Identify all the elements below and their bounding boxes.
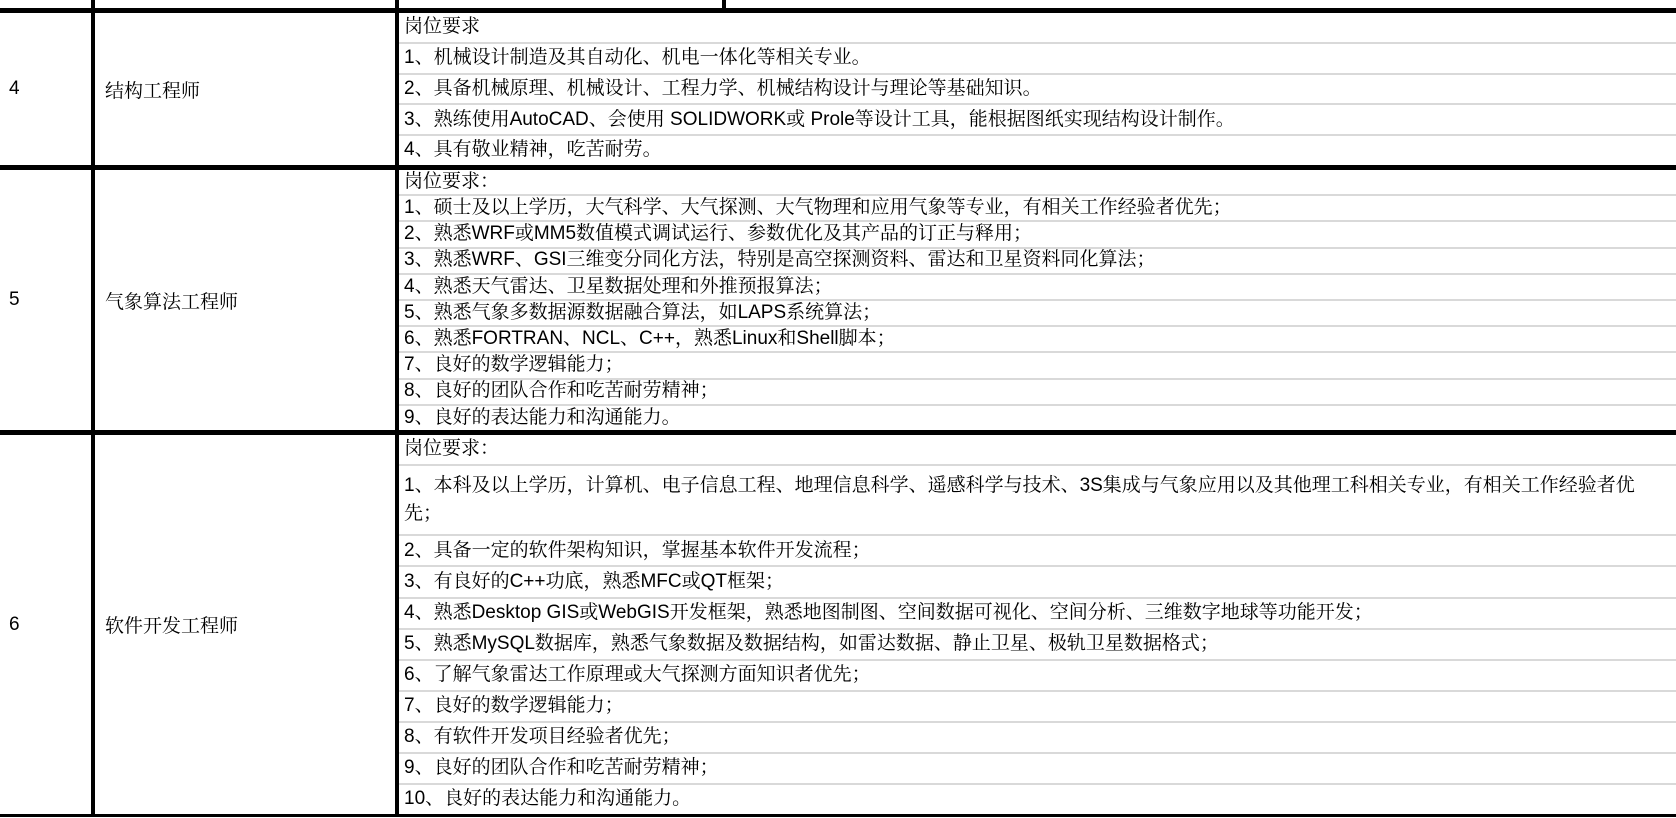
requirement-text: 1、本科及以上学历，计算机、电子信息工程、地理信息科学、遥感科学与技术、3S集成… (404, 472, 1670, 529)
requirement-text: 9、良好的团队合作和吃苦耐劳精神； (404, 754, 719, 783)
job-title: 气象算法工程师 (105, 287, 238, 314)
requirement-line[interactable]: 3、熟悉WRF、GSI三维变分同化方法，特别是高空探测资料、雷达和卫星资料同化算… (399, 249, 1676, 275)
requirement-line[interactable]: 2、具备机械原理、机械设计、工程力学、机械结构设计与理论等基础知识。 (399, 75, 1676, 106)
requirement-text: 5、熟悉气象多数据源数据融合算法，如LAPS系统算法； (404, 301, 881, 327)
requirement-line[interactable]: 10、良好的表达能力和沟通能力。 (399, 785, 1676, 814)
column-border-fragment (91, 0, 95, 8)
requirement-line[interactable]: 2、熟悉WRF或MM5数值模式调试运行、参数优化及其产品的订正与释用； (399, 222, 1676, 248)
partial-row-above (0, 0, 1676, 8)
row-number: 4 (9, 78, 20, 100)
requirement-text: 10、良好的表达能力和沟通能力。 (404, 785, 691, 814)
column-border-fragment (395, 0, 399, 8)
job-title-cell[interactable]: 结构工程师 (95, 13, 395, 165)
requirement-text: 2、具备机械原理、机械设计、工程力学、机械结构设计与理论等基础知识。 (404, 75, 1042, 104)
job-title-cell[interactable]: 气象算法工程师 (95, 170, 395, 430)
column-border-fragment (722, 0, 726, 8)
row-number: 6 (9, 614, 20, 636)
requirement-text: 9、良好的表达能力和沟通能力。 (404, 406, 681, 430)
requirements-cell: 岗位要求： 1、硕士及以上学历，大气科学、大气探测、大气物理和应用气象等专业，有… (399, 170, 1676, 430)
row-number-cell[interactable]: 6 (0, 435, 91, 814)
requirement-text: 4、具有敬业精神，吃苦耐劳。 (404, 136, 662, 165)
requirement-line[interactable]: 9、良好的表达能力和沟通能力。 (399, 406, 1676, 430)
requirement-line[interactable]: 1、机械设计制造及其自动化、机电一体化等相关专业。 (399, 44, 1676, 75)
requirement-text: 3、熟悉WRF、GSI三维变分同化方法，特别是高空探测资料、雷达和卫星资料同化算… (404, 249, 1156, 275)
requirement-line[interactable]: 3、熟练使用AutoCAD、会使用 SOLIDWORK或 Prole等设计工具，… (399, 105, 1676, 136)
job-requirements-table: 4 结构工程师 岗位要求 1、机械设计制造及其自动化、机电一体化等相关专业。 2… (0, 0, 1676, 818)
requirement-text: 1、硕士及以上学历，大气科学、大气探测、大气物理和应用气象等专业，有相关工作经验… (404, 196, 1232, 222)
job-title-cell[interactable]: 软件开发工程师 (95, 435, 395, 814)
requirement-line[interactable]: 8、良好的团队合作和吃苦耐劳精神； (399, 380, 1676, 406)
requirement-text: 4、熟悉天气雷达、卫星数据处理和外推预报算法； (404, 275, 833, 301)
requirements-cell: 岗位要求： 1、本科及以上学历，计算机、电子信息工程、地理信息科学、遥感科学与技… (399, 435, 1676, 814)
requirement-text: 8、有软件开发项目经验者优先； (404, 723, 681, 752)
requirement-line[interactable]: 7、良好的数学逻辑能力； (399, 692, 1676, 723)
table-row: 4 结构工程师 岗位要求 1、机械设计制造及其自动化、机电一体化等相关专业。 2… (0, 13, 1676, 165)
requirement-text: 2、熟悉WRF或MM5数值模式调试运行、参数优化及其产品的订正与释用； (404, 222, 1032, 248)
requirement-line[interactable]: 5、熟悉MySQL数据库，熟悉气象数据及数据结构，如雷达数据、静止卫星、极轨卫星… (399, 630, 1676, 661)
requirement-line[interactable]: 3、有良好的C++功底，熟悉MFC或QT框架； (399, 567, 1676, 598)
table-bottom-border (0, 814, 1676, 817)
requirement-line[interactable]: 9、良好的团队合作和吃苦耐劳精神； (399, 754, 1676, 785)
table-row: 6 软件开发工程师 岗位要求： 1、本科及以上学历，计算机、电子信息工程、地理信… (0, 435, 1676, 814)
requirement-text: 8、良好的团队合作和吃苦耐劳精神； (404, 380, 719, 406)
requirements-cell: 岗位要求 1、机械设计制造及其自动化、机电一体化等相关专业。 2、具备机械原理、… (399, 13, 1676, 165)
requirement-text: 2、具备一定的软件架构知识，掌握基本软件开发流程； (404, 537, 871, 566)
requirement-text: 岗位要求： (404, 170, 499, 196)
requirement-line[interactable]: 6、了解气象雷达工作原理或大气探测方面知识者优先； (399, 661, 1676, 692)
requirement-line[interactable]: 1、硕士及以上学历，大气科学、大气探测、大气物理和应用气象等专业，有相关工作经验… (399, 196, 1676, 222)
requirement-text: 4、熟悉Desktop GIS或WebGIS开发框架，熟悉地图制图、空间数据可视… (404, 599, 1373, 628)
requirements-header[interactable]: 岗位要求： (399, 435, 1676, 466)
requirement-text: 3、熟练使用AutoCAD、会使用 SOLIDWORK或 Prole等设计工具，… (404, 106, 1235, 135)
table-body: 4 结构工程师 岗位要求 1、机械设计制造及其自动化、机电一体化等相关专业。 2… (0, 13, 1676, 814)
requirement-text: 岗位要求 (404, 13, 480, 42)
row-number-cell[interactable]: 4 (0, 13, 91, 165)
requirements-header[interactable]: 岗位要求 (399, 13, 1676, 44)
requirement-line[interactable]: 4、具有敬业精神，吃苦耐劳。 (399, 136, 1676, 165)
requirement-text: 6、了解气象雷达工作原理或大气探测方面知识者优先； (404, 661, 871, 690)
requirement-line[interactable]: 7、良好的数学逻辑能力； (399, 353, 1676, 379)
requirement-line[interactable]: 4、熟悉天气雷达、卫星数据处理和外推预报算法； (399, 275, 1676, 301)
requirement-text: 7、良好的数学逻辑能力； (404, 692, 624, 721)
requirement-line[interactable]: 2、具备一定的软件架构知识，掌握基本软件开发流程； (399, 536, 1676, 567)
requirement-line[interactable]: 4、熟悉Desktop GIS或WebGIS开发框架，熟悉地图制图、空间数据可视… (399, 599, 1676, 630)
requirement-line[interactable]: 5、熟悉气象多数据源数据融合算法，如LAPS系统算法； (399, 301, 1676, 327)
job-title: 软件开发工程师 (105, 611, 238, 638)
requirement-text: 3、有良好的C++功底，熟悉MFC或QT框架； (404, 568, 784, 597)
requirement-line[interactable]: 6、熟悉FORTRAN、NCL、C++，熟悉Linux和Shell脚本； (399, 327, 1676, 353)
requirements-header[interactable]: 岗位要求： (399, 170, 1676, 196)
table-row: 5 气象算法工程师 岗位要求： 1、硕士及以上学历，大气科学、大气探测、大气物理… (0, 170, 1676, 430)
job-title: 结构工程师 (105, 76, 200, 103)
requirement-text: 岗位要求： (404, 435, 499, 464)
requirement-text: 1、机械设计制造及其自动化、机电一体化等相关专业。 (404, 44, 871, 73)
requirement-text: 6、熟悉FORTRAN、NCL、C++，熟悉Linux和Shell脚本； (404, 327, 896, 353)
row-number-cell[interactable]: 5 (0, 170, 91, 430)
row-number: 5 (9, 289, 20, 311)
requirement-line[interactable]: 8、有软件开发项目经验者优先； (399, 723, 1676, 754)
requirement-text: 7、良好的数学逻辑能力； (404, 353, 624, 379)
requirement-text: 5、熟悉MySQL数据库，熟悉气象数据及数据结构，如雷达数据、静止卫星、极轨卫星… (404, 630, 1219, 659)
requirement-line[interactable]: 1、本科及以上学历，计算机、电子信息工程、地理信息科学、遥感科学与技术、3S集成… (399, 466, 1676, 536)
